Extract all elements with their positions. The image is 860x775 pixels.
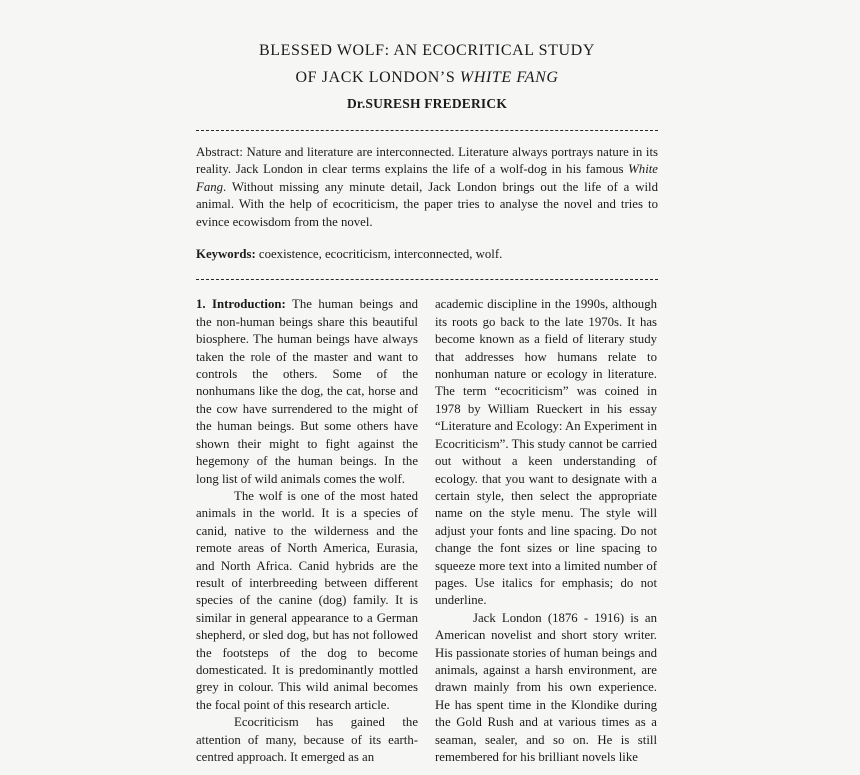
keywords-label: Keywords: <box>196 247 256 261</box>
paper-title-book-name: WHITE FANG <box>460 69 559 86</box>
paper-title-line-2-text: OF JACK LONDON’S <box>295 69 459 86</box>
dashed-separator-top <box>196 130 658 131</box>
wolf-description-paragraph: The wolf is one of the most hated animal… <box>196 488 418 714</box>
paper-title-line-1: BLESSED WOLF: AN ECOCRITICAL STUDY <box>196 37 658 64</box>
abstract-text-lead: Abstract: Nature and literature are inte… <box>196 145 658 176</box>
paper-title-line-2: OF JACK LONDON’S WHITE FANG <box>196 64 658 91</box>
document-page: BLESSED WOLF: AN ECOCRITICAL STUDY OF JA… <box>0 0 860 775</box>
author-name: Dr.SURESH FREDERICK <box>196 96 658 112</box>
two-column-body: 1. Introduction: The human beings and th… <box>196 296 658 766</box>
abstract-paragraph: Abstract: Nature and literature are inte… <box>196 144 658 231</box>
keywords-text: coexistence, ecocriticism, interconnecte… <box>256 247 503 261</box>
introduction-heading: 1. Introduction: <box>196 297 286 311</box>
abstract-text-tail: . Without missing any minute detail, Jac… <box>196 180 658 229</box>
dashed-separator-middle <box>196 279 658 280</box>
introduction-paragraph: 1. Introduction: The human beings and th… <box>196 296 418 487</box>
keywords-line: Keywords: coexistence, ecocriticism, int… <box>196 246 658 263</box>
ecocriticism-intro-paragraph: Ecocriticism has gained the attention of… <box>196 714 418 766</box>
right-column: academic discipline in the 1990s, althou… <box>435 296 657 766</box>
introduction-text: The human beings and the non-human being… <box>196 297 418 485</box>
ecocriticism-continuation-paragraph: academic discipline in the 1990s, althou… <box>435 296 657 609</box>
paper-title: BLESSED WOLF: AN ECOCRITICAL STUDY OF JA… <box>196 37 658 91</box>
left-column: 1. Introduction: The human beings and th… <box>196 296 418 766</box>
page-content: BLESSED WOLF: AN ECOCRITICAL STUDY OF JA… <box>196 0 658 766</box>
jack-london-paragraph: Jack London (1876 - 1916) is an American… <box>435 610 657 767</box>
